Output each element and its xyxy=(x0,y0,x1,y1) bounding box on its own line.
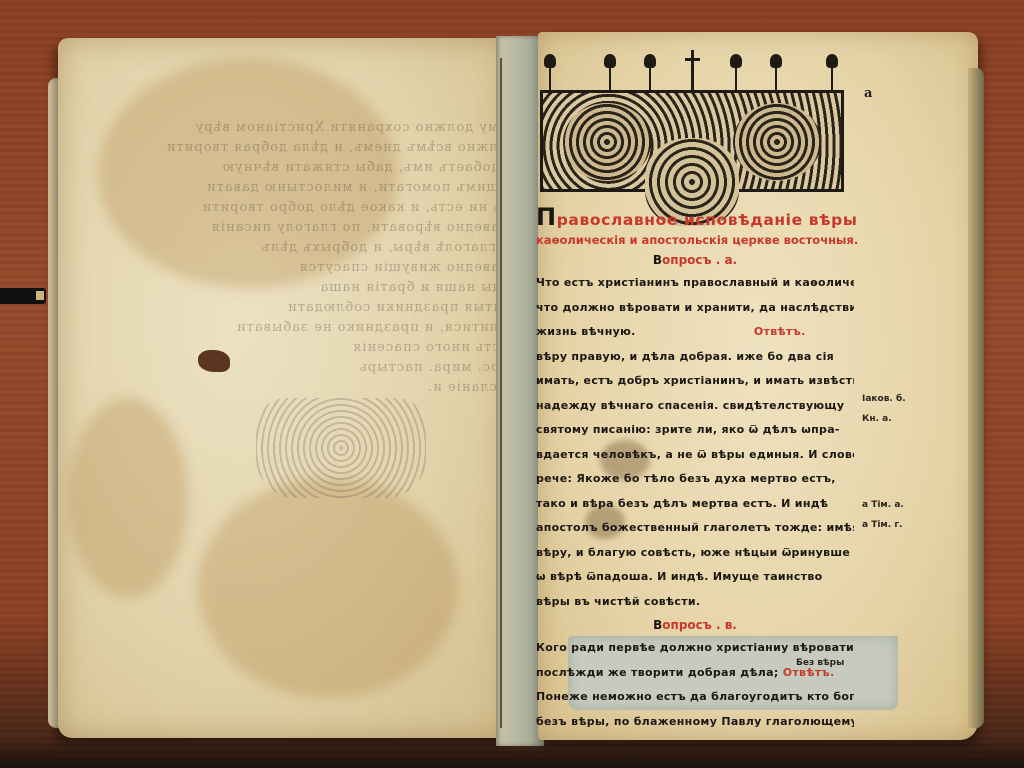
text-line: рече: Якоже бо тѣло безъ духа мертво ест… xyxy=(536,467,854,492)
question-label: опросъ xyxy=(662,253,712,267)
text-line: вѣры въ чистѣй совѣсти. xyxy=(536,590,854,615)
finial-ornament xyxy=(726,50,746,92)
finial-ornament xyxy=(600,50,620,92)
text-line: жизнь вѣчную. Отвѣтъ. xyxy=(536,320,854,345)
finial-ornament xyxy=(766,50,786,92)
question-number: . в. xyxy=(716,618,737,632)
text-line: вѣру правую, и дѣла добрая. иже бо два с… xyxy=(536,345,854,370)
text-line: апостолъ божественный глаголетъ тожде: и… xyxy=(536,516,854,541)
page-text: Православное исповѣданіе вѣры каѳолическ… xyxy=(536,206,854,734)
text-line: святому писанію: зрите ли, яко ѿ дѣлъ ѡп… xyxy=(536,418,854,443)
margin-note: Іаков. б. xyxy=(862,392,914,406)
bleed-line: святыя праздники соблюдати xyxy=(158,298,518,318)
margin-note: Кн. а. xyxy=(862,412,914,426)
bleed-line: подобаетъ имъ, дабы стяжати вѣчную xyxy=(158,158,518,178)
page-subtitle: каѳолическія и апостольскія церкве восто… xyxy=(536,231,854,249)
bleed-line: Должно всѣмъ днемъ, и дѣла добрая творит… xyxy=(158,138,518,158)
bleed-line: Посланіе и. xyxy=(158,378,518,398)
bleed-line: праведно вѣровати, по глаголу писанія xyxy=(158,218,518,238)
text-line: Кого ради первѣе должно христіаниу вѣров… xyxy=(536,636,854,661)
burn-mark xyxy=(198,350,230,372)
page-number: а xyxy=(864,86,872,101)
bleed-line: отцы нашя и братія наша xyxy=(158,278,518,298)
question-initial: В xyxy=(653,253,662,267)
bleed-through-ornament xyxy=(256,398,426,498)
margin-note: а Тім. а. xyxy=(862,498,914,512)
text-line: вѣру, и благую совѣсть, юже нѣцыи ѿринув… xyxy=(536,541,854,566)
water-stain xyxy=(198,478,458,698)
title-initial: П xyxy=(536,203,557,231)
question-initial: В xyxy=(653,618,662,632)
pen xyxy=(0,288,46,304)
text-line: имать, естъ добръ христіанинъ, и имать и… xyxy=(536,369,854,394)
text-line: Понеже неможно естъ да благоугодитъ кто … xyxy=(536,685,854,710)
bleed-line: гдѣ ни есть, и какое дѣло добро творити xyxy=(158,198,518,218)
bleed-line: праведно живущіи спасутся xyxy=(158,258,518,278)
ornamental-headpiece xyxy=(540,50,844,192)
finial-ornament xyxy=(640,50,660,92)
page-title: Православное исповѣданіе вѣры xyxy=(536,206,854,231)
left-page: Кому должно сохраняти Христіаном вѣру До… xyxy=(58,38,508,738)
text-line: надежду вѣчнаго спасенія. свидѣтелствующ… xyxy=(536,394,854,419)
text-line: безъ вѣры, по блаженному Павлу глаголюще… xyxy=(536,710,854,735)
finial-ornament xyxy=(540,50,560,92)
cross-ornament xyxy=(684,50,700,90)
question-label: опросъ xyxy=(662,618,712,632)
text-line: что должно вѣровати и хранити, да наслѣд… xyxy=(536,296,854,321)
question-heading-1: Вопросъ . а. xyxy=(536,249,854,271)
text-line: ѡ вѣрѣ ѿпадоша. И индѣ. Имуще таинство xyxy=(536,565,854,590)
gutter-line xyxy=(500,58,502,728)
title-text: равославное исповѣданіе вѣры xyxy=(557,211,858,229)
catchword: Без вѣры xyxy=(796,658,844,668)
bleed-line: нищимъ помогати, и милостыню давати xyxy=(158,178,518,198)
water-stain xyxy=(68,398,188,598)
bleed-line: Кому должно сохраняти Христіаном вѣру xyxy=(158,118,518,138)
bleed-line: во глаголѣ вѣры, и добрыхъ дѣлъ xyxy=(158,238,518,258)
question-number: . а. xyxy=(716,253,737,267)
bleed-line: молитися, и празднико не забывати xyxy=(158,318,518,338)
margin-note: а Тім. г. xyxy=(862,518,914,532)
text-line: тако и вѣра безъ дѣлъ мертва естъ. И инд… xyxy=(536,492,854,517)
question-heading-2: Вопросъ . в. xyxy=(536,614,854,636)
text-span: жизнь вѣчную. xyxy=(536,325,636,338)
text-span: послѣжди же творити добрая дѣла; xyxy=(536,666,779,679)
margin-notes: Іаков. б. Кн. а. а Тім. а. а Тім. г. xyxy=(862,392,914,538)
text-line: вдается человѣкъ, а не ѿ вѣры единыя. И … xyxy=(536,443,854,468)
right-page-edges xyxy=(968,68,984,728)
text-line: Что естъ христіанинъ православный и каѳо… xyxy=(536,271,854,296)
answer-label: Отвѣтъ. xyxy=(754,325,806,338)
finial-ornament xyxy=(822,50,842,92)
